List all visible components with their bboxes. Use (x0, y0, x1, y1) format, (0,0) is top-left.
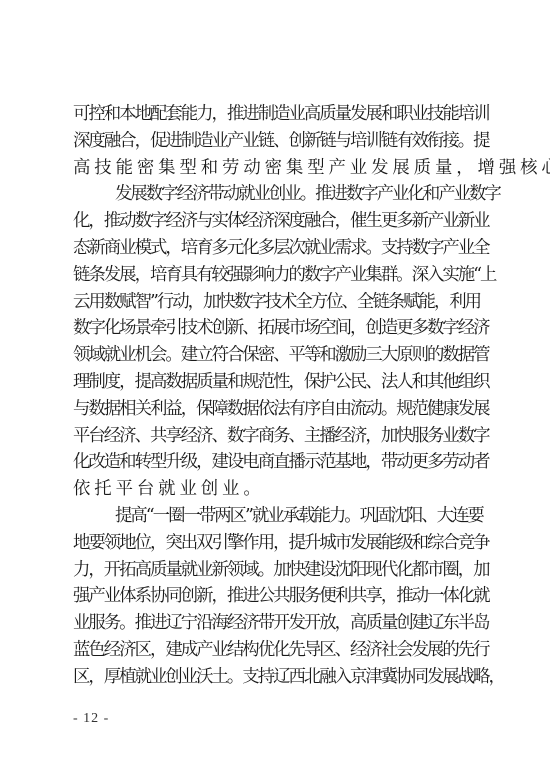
text-line: 化改造和转型升级，建设电商直播示范基地，带动更多劳动者 (73, 449, 479, 476)
text-line: 与数据相关利益，保障数据依法有序自由流动。规范健康发展 (73, 396, 479, 423)
text-line: 强产业体系协同创新，推进公共服务便利共享，推动一体化就 (73, 583, 479, 610)
text-line: 可控和本地配套能力，推进制造业高质量发展和职业技能培训 (73, 101, 479, 128)
text-line: 依托平台就业创业。 (73, 476, 479, 503)
text-line: 蓝色经济区，建成产业结构优化先导区、经济社会发展的先行 (73, 637, 479, 664)
text-line: 态新商业模式，培育多元化多层次就业需求。支持数字产业全 (73, 235, 479, 262)
text-line: 数字化场景牵引技术创新、拓展市场空间，创造更多数字经济 (73, 315, 479, 342)
text-line: 区，厚植就业创业沃土。支持辽西北融入京津冀协同发展战略， (73, 664, 479, 691)
text-line: 理制度，提高数据质量和规范性，保护公民、法人和其他组织 (73, 369, 479, 396)
body-text: 可控和本地配套能力，推进制造业高质量发展和职业技能培训深度融合，促进制造业产业链… (73, 101, 479, 691)
text-line: 化，推动数字经济与实体经济深度融合，催生更多新产业新业 (73, 208, 479, 235)
page-number: - 12 - (73, 711, 109, 727)
text-line: 力，开拓高质量就业新领域。加快建设沈阳现代化都市圈，加 (73, 557, 479, 584)
text-line: 高技能密集型和劳动密集型产业发展质量，增强核心竞争力。 (73, 155, 479, 182)
text-line: 业服务。推进辽宁沿海经济带开发开放，高质量创建辽东半岛 (73, 610, 479, 637)
text-line: 提高“一圈一带两区”就业承载能力。巩固沈阳、大连要 (73, 503, 479, 530)
text-line: 深度融合，促进制造业产业链、创新链与培训链有效衔接。提 (73, 128, 479, 155)
document-page: 可控和本地配套能力，推进制造业高质量发展和职业技能培训深度融合，促进制造业产业链… (0, 0, 550, 777)
text-line: 发展数字经济带动就业创业。推进数字产业化和产业数字 (73, 181, 479, 208)
text-line: 平台经济、共享经济、数字商务、主播经济，加快服务业数字 (73, 423, 479, 450)
text-line: 领域就业机会。建立符合保密、平等和激励三大原则的数据管 (73, 342, 479, 369)
text-line: 云用数赋智”行动，加快数字技术全方位、全链条赋能，利用 (73, 289, 479, 316)
text-line: 链条发展，培育具有较强影响力的数字产业集群。深入实施“上 (73, 262, 479, 289)
text-line: 地要领地位，突出双引擎作用，提升城市发展能级和综合竞争 (73, 530, 479, 557)
